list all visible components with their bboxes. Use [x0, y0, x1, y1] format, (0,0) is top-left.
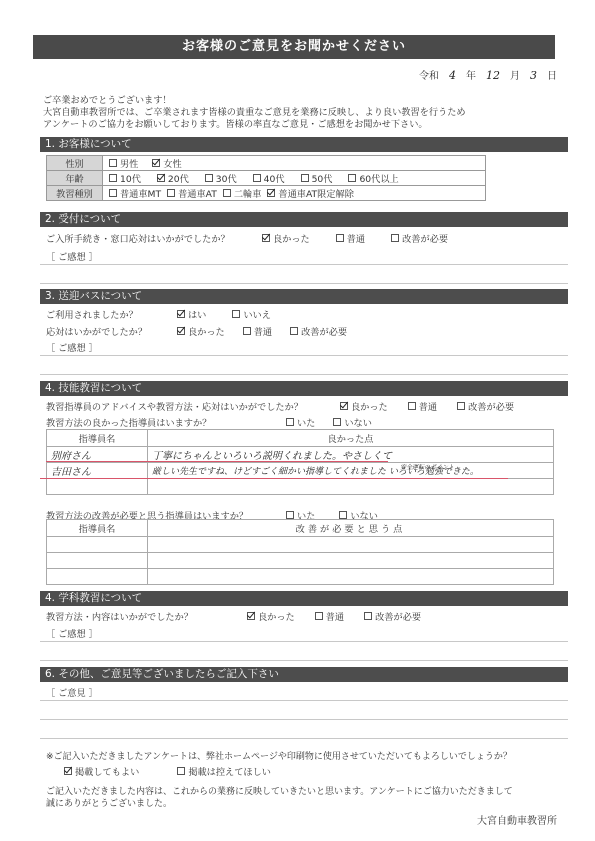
bus-comment-label: ［ ご感想 ］	[46, 340, 98, 354]
checkbox-icon[interactable]	[109, 174, 117, 182]
classroom-good-option[interactable]: 良かった	[247, 609, 295, 623]
comment-line[interactable]	[40, 738, 568, 739]
checkbox-checked-icon[interactable]	[177, 327, 185, 335]
classroom-options: 良かった 普通 改善が必要	[247, 609, 421, 623]
comment-line[interactable]	[40, 264, 568, 265]
driving-improve-option[interactable]: 改善が必要	[457, 399, 514, 413]
improve-point[interactable]	[148, 553, 554, 569]
instructor-name[interactable]	[47, 553, 148, 569]
reception-improve-option[interactable]: 改善が必要	[391, 231, 448, 245]
intro-text: ご卒業おめでとうございます！ 大宮自動車教習所では、ご卒業されます皆様の貴重なご…	[43, 95, 563, 131]
checkbox-icon[interactable]	[408, 402, 416, 410]
instructor-name[interactable]	[47, 537, 148, 553]
comment-line[interactable]	[40, 283, 568, 284]
date-month[interactable]: 12	[486, 69, 500, 82]
date-line: 令和 4 年 12 月 3 日	[419, 67, 557, 82]
good-instructor-table: 指導員名 良かった点 别府さん 丁寧にちゃんといろいろ説明くれました。やさしくて…	[46, 429, 554, 495]
bus-service-good-option[interactable]: 良かった	[177, 324, 225, 338]
bus-service-options: 良かった 普通 改善が必要	[177, 324, 347, 338]
reception-normal-option[interactable]: 普通	[336, 231, 365, 245]
section-4-header: 4. 技能教習について	[40, 381, 568, 396]
checkbox-checked-icon[interactable]	[177, 310, 185, 318]
classroom-comment-label: ［ ご感想 ］	[46, 626, 98, 640]
checkbox-icon[interactable]	[177, 767, 185, 775]
bus-service-improve-option[interactable]: 改善が必要	[290, 324, 347, 338]
organization-name: 大宮自動車教習所	[477, 812, 557, 827]
red-underline	[46, 461, 388, 462]
publish-question: ※ご記入いただきましたアンケートは、弊社ホームページや印刷物に使用させていただい…	[46, 749, 512, 762]
section-1-header: 1. お客様について	[40, 137, 568, 152]
checkbox-checked-icon[interactable]	[247, 612, 255, 620]
bus-service-question: 応対はいかがでしたか？	[46, 324, 147, 338]
classroom-question: 教習方法・内容はいかがでしたか？	[46, 609, 193, 623]
age-10s-option[interactable]: 10代	[109, 171, 141, 185]
age-40s-option[interactable]: 40代	[253, 171, 285, 185]
checkbox-icon[interactable]	[286, 511, 294, 519]
checkbox-icon[interactable]	[253, 174, 261, 182]
driving-normal-option[interactable]: 普通	[408, 399, 437, 413]
thanks-text: ご記入いただきました内容は、これからの業務に反映していきたいと思います。アンケー…	[46, 786, 513, 810]
date-year[interactable]: 4	[449, 69, 456, 82]
course-at-option[interactable]: 普通車AT	[167, 186, 217, 200]
reception-comment-label: ［ ご感想 ］	[46, 249, 98, 263]
checkbox-checked-icon[interactable]	[267, 189, 275, 197]
section-3-header: 3. 送迎バスについて	[40, 289, 568, 304]
good-instructor-no-option[interactable]: いない	[333, 415, 372, 429]
date-year-unit: 年	[466, 67, 476, 82]
col-header-instructor: 指導員名	[47, 520, 148, 537]
date-day-unit: 日	[547, 67, 557, 82]
checkbox-icon[interactable]	[286, 418, 294, 426]
intro-line: 大宮自動車教習所では、ご卒業されます皆様の貴重なご意見を業務に反映し、より良い教…	[43, 107, 563, 119]
checkbox-icon[interactable]	[457, 402, 465, 410]
bus-used-no-option[interactable]: いいえ	[232, 307, 271, 321]
checkbox-checked-icon[interactable]	[157, 174, 165, 182]
intro-line: ご卒業おめでとうございます！	[43, 95, 563, 107]
checkbox-icon[interactable]	[339, 511, 347, 519]
driving-good-option[interactable]: 良かった	[340, 399, 388, 413]
col-header-improve-points: 改善が必要と思う点	[148, 520, 554, 537]
reception-options: 良かった 普通 改善が必要	[262, 231, 448, 245]
age-20s-option[interactable]: 20代	[157, 171, 189, 185]
classroom-improve-option[interactable]: 改善が必要	[364, 609, 421, 623]
thanks-line: 誠にありがとうございました。	[46, 798, 513, 810]
checkbox-icon[interactable]	[301, 174, 309, 182]
good-instructor-options: いた いない	[286, 415, 372, 429]
intro-line: アンケートのご協力をお願いしております。皆様の率直なご意見・ご感想をお聞かせ下さ…	[43, 119, 563, 131]
publish-options: 掲載してもよい 掲載は控えてほしい	[64, 764, 271, 778]
course-type-label: 教習種別	[47, 186, 103, 201]
comment-line[interactable]	[40, 641, 568, 642]
section-6-header: 6. その他、ご意見等ございましたらご記入下さい	[40, 667, 568, 682]
checkbox-icon[interactable]	[336, 234, 344, 242]
improve-point[interactable]	[148, 569, 554, 585]
bus-used-question: ご利用されましたか？	[46, 307, 138, 321]
publish-deny-option[interactable]: 掲載は控えてほしい	[177, 764, 271, 778]
checkbox-icon[interactable]	[364, 612, 372, 620]
driving-instruction-question: 教習指導員のアドバイスや教習方法・応対はいかがでしたか？	[46, 399, 303, 413]
checkbox-icon[interactable]	[333, 418, 341, 426]
gender-female-option[interactable]: 女性	[152, 156, 181, 170]
good-point[interactable]: 厳しい先生ですね、けどすごく細かい指導してくれました いろいろ勉強できた。	[148, 463, 554, 479]
col-header-instructor: 指導員名	[47, 430, 148, 447]
other-comment-label: ［ ご意見 ］	[46, 685, 98, 699]
gender-label: 性別	[47, 156, 103, 171]
course-at-limit-release-option[interactable]: 普通車AT限定解除	[267, 186, 354, 200]
classroom-normal-option[interactable]: 普通	[315, 609, 344, 623]
table-row: 吉田さん 厳しい先生ですね、けどすごく細かい指導してくれました いろいろ勉強でき…	[47, 463, 554, 479]
age-60s-plus-option[interactable]: 60代以上	[348, 171, 398, 185]
col-header-good-points: 良かった点	[148, 430, 554, 447]
comment-line[interactable]	[40, 374, 568, 375]
bus-service-normal-option[interactable]: 普通	[243, 324, 272, 338]
comment-line[interactable]	[40, 355, 568, 356]
good-point[interactable]	[148, 479, 554, 495]
improve-point[interactable]	[148, 537, 554, 553]
gender-male-option[interactable]: 男性	[109, 156, 138, 170]
checkbox-icon[interactable]	[243, 327, 251, 335]
checkbox-icon[interactable]	[348, 174, 356, 182]
checkbox-icon[interactable]	[315, 612, 323, 620]
red-underline	[40, 478, 508, 479]
bus-used-yes-option[interactable]: はい	[177, 307, 206, 321]
age-label: 年齢	[47, 171, 103, 186]
good-instructor-yes-option[interactable]: いた	[286, 415, 315, 429]
page-title: お客様のご意見をお聞かせください	[33, 35, 555, 59]
checkbox-icon[interactable]	[391, 234, 399, 242]
course-type-row: 教習種別 普通車MT 普通車AT 二輪車 普通車AT限定解除	[47, 186, 486, 201]
instructor-name[interactable]: 吉田さん	[47, 463, 148, 479]
checkbox-icon[interactable]	[290, 327, 298, 335]
gender-row: 性別 男性 女性	[47, 156, 486, 171]
comment-line[interactable]	[40, 719, 568, 720]
table-row	[47, 479, 554, 495]
checkbox-icon[interactable]	[109, 189, 117, 197]
checkbox-icon[interactable]	[167, 189, 175, 197]
checkbox-icon[interactable]	[205, 174, 213, 182]
thanks-line: ご記入いただきました内容は、これからの業務に反映していきたいと思います。アンケー…	[46, 786, 513, 798]
comment-line[interactable]	[40, 700, 568, 701]
customer-info-table: 性別 男性 女性 年齢 10代 20代 30代 40代 50代 60代以上 教習…	[46, 155, 486, 201]
course-mt-option[interactable]: 普通車MT	[109, 186, 161, 200]
publish-allow-option[interactable]: 掲載してもよい	[64, 764, 139, 778]
age-50s-option[interactable]: 50代	[301, 171, 333, 185]
checkbox-icon[interactable]	[109, 159, 117, 167]
reception-question: ご入所手続き・窓口応対はいかがでしたか？	[46, 231, 230, 245]
age-30s-option[interactable]: 30代	[205, 171, 237, 185]
checkbox-checked-icon[interactable]	[152, 159, 160, 167]
course-motorcycle-option[interactable]: 二輪車	[223, 186, 262, 200]
checkbox-checked-icon[interactable]	[64, 767, 72, 775]
table-row	[47, 553, 554, 569]
table-row	[47, 569, 554, 585]
date-day[interactable]: 3	[530, 69, 537, 82]
handwritten-annotation: 安全運転のポイント	[400, 462, 454, 471]
section-2-header: 2. 受付について	[40, 212, 568, 227]
comment-line[interactable]	[40, 660, 568, 661]
section-5-header: 4. 学科教習について	[40, 591, 568, 606]
good-instructor-question: 教習方法の良かった指導員はいますか？	[46, 415, 211, 429]
improve-instructor-table: 指導員名 改善が必要と思う点	[46, 519, 554, 585]
checkbox-icon[interactable]	[223, 189, 231, 197]
checkbox-icon[interactable]	[232, 310, 240, 318]
instructor-name[interactable]	[47, 479, 148, 495]
reception-good-option[interactable]: 良かった	[262, 231, 310, 245]
bus-used-options: はい いいえ	[177, 307, 271, 321]
checkbox-checked-icon[interactable]	[340, 402, 348, 410]
instructor-name[interactable]	[47, 569, 148, 585]
table-row	[47, 537, 554, 553]
date-month-unit: 月	[510, 67, 520, 82]
driving-instruction-options: 良かった 普通 改善が必要	[340, 399, 514, 413]
date-era: 令和	[419, 67, 439, 82]
checkbox-checked-icon[interactable]	[262, 234, 270, 242]
age-row: 年齢 10代 20代 30代 40代 50代 60代以上	[47, 171, 486, 186]
